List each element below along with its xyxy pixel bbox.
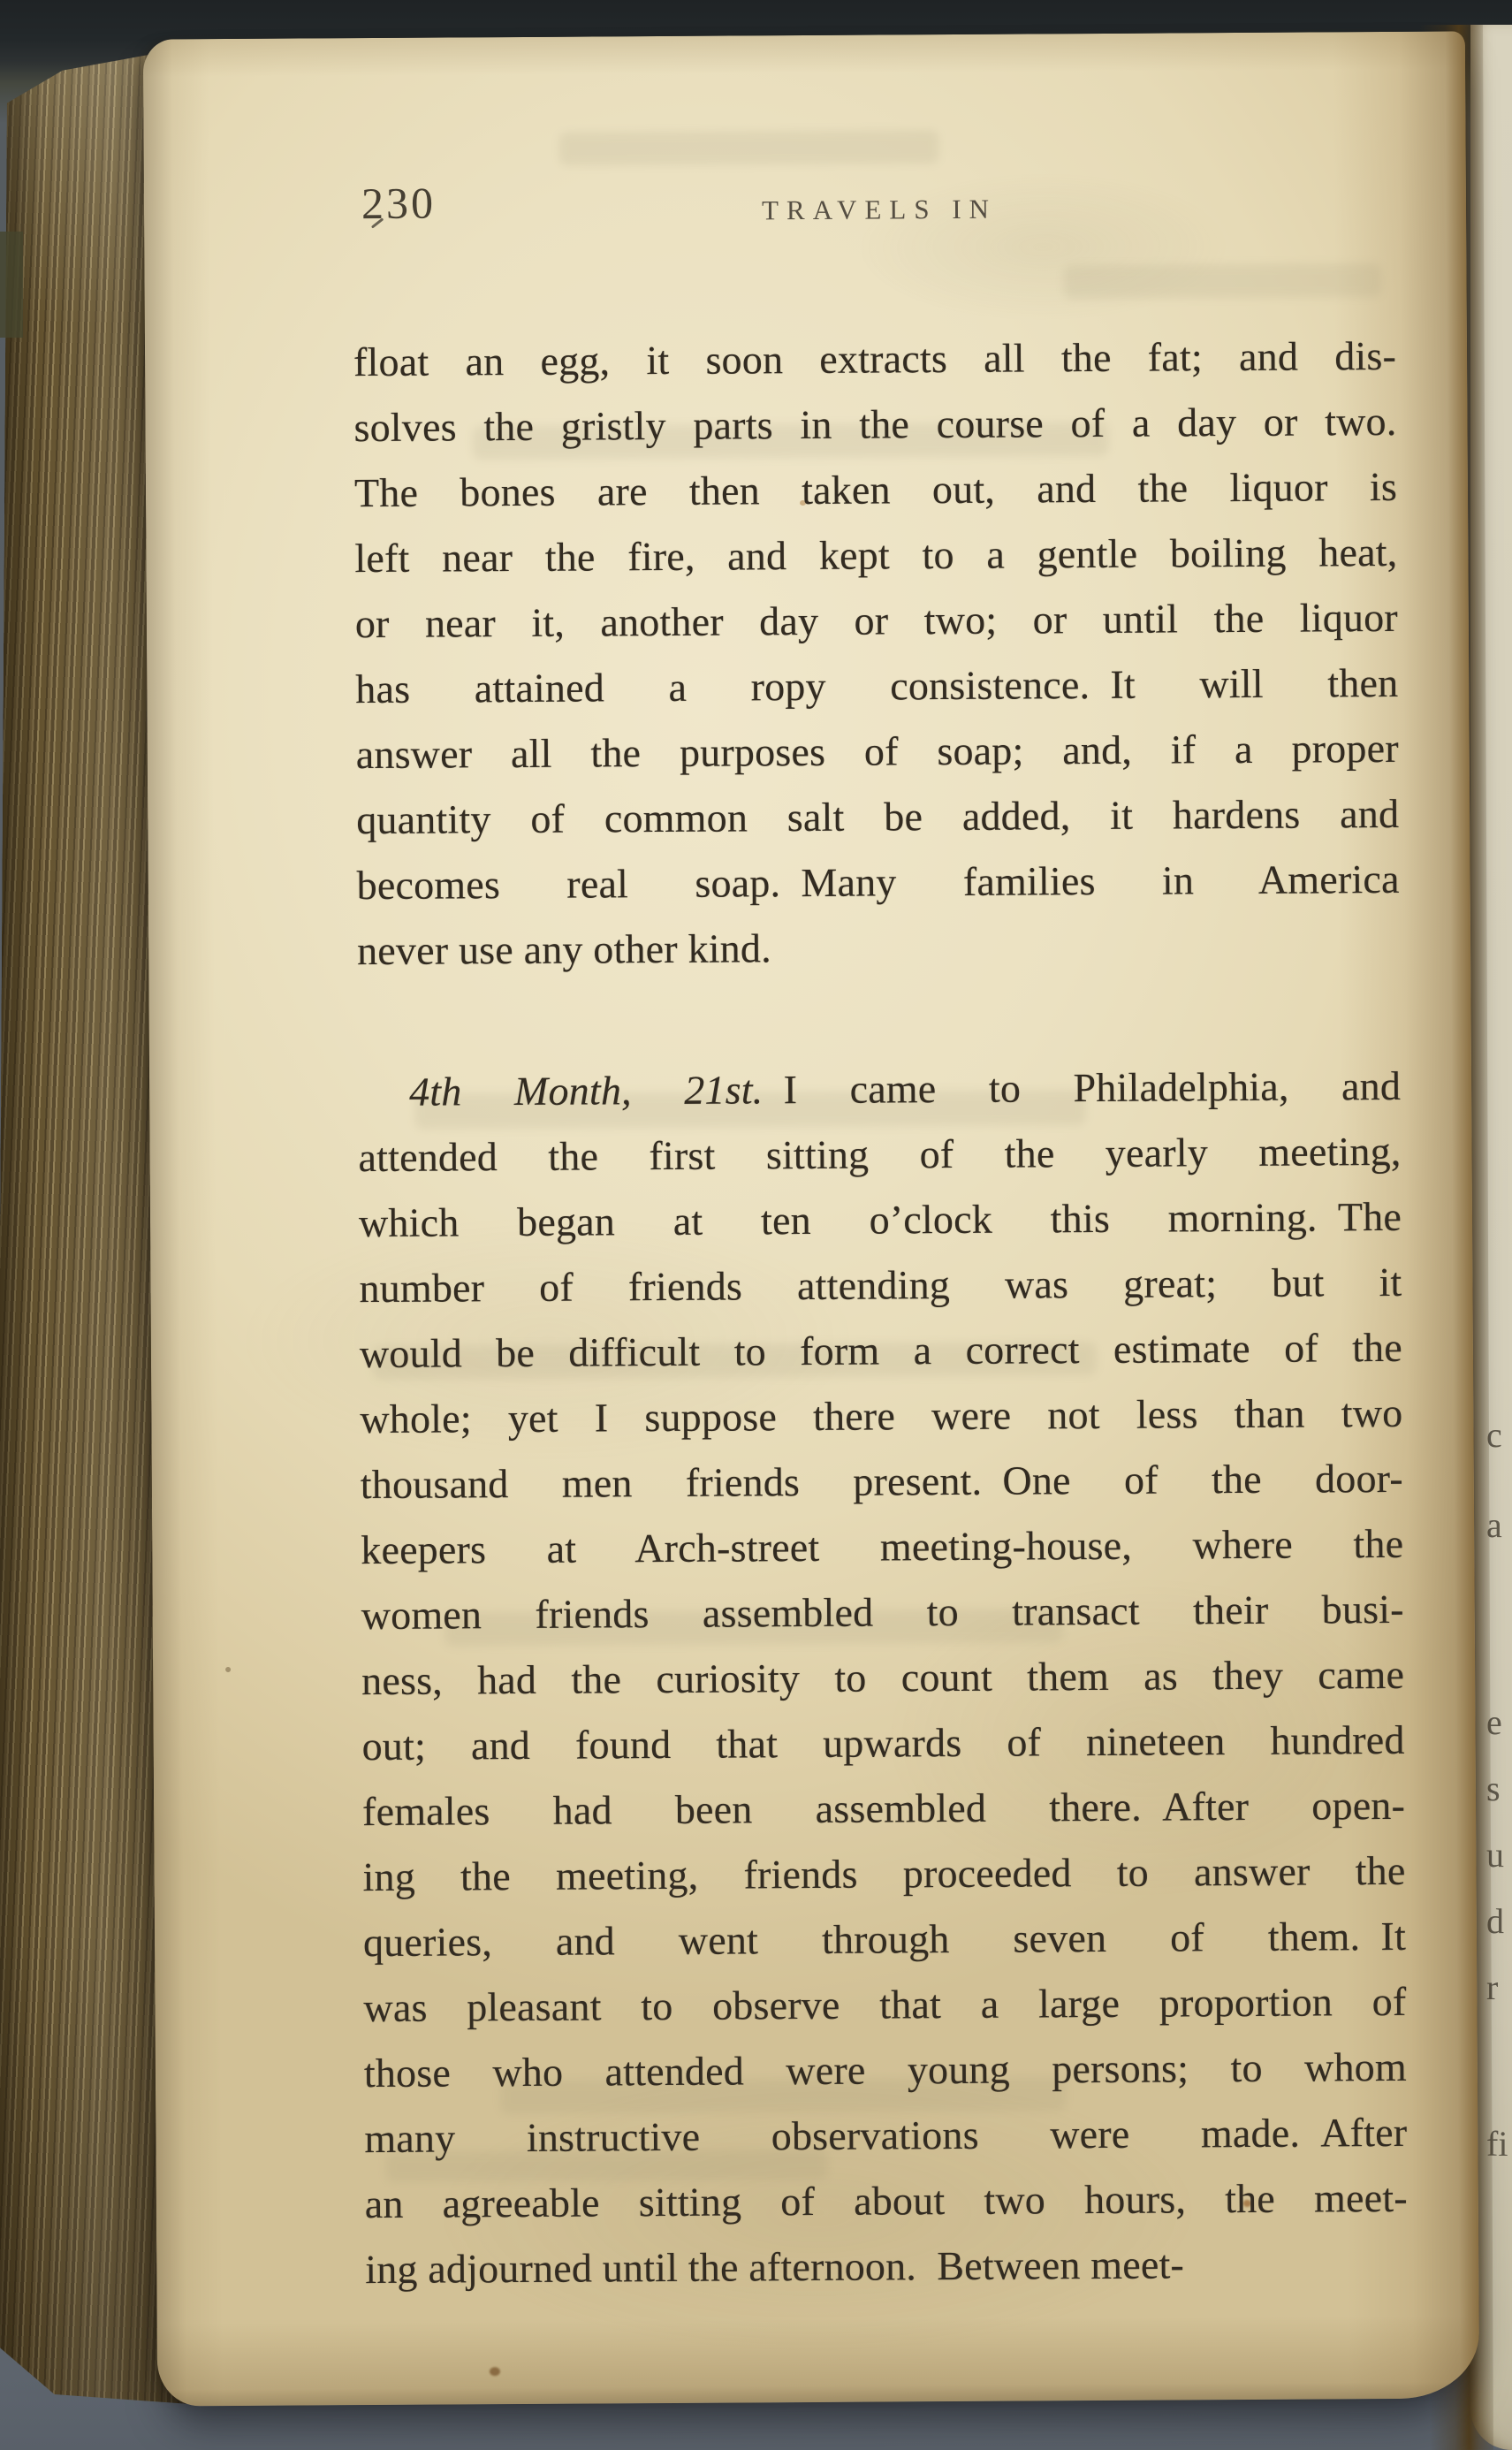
text-line: has attained a ropy consistence. It will…: [355, 651, 1398, 722]
book-page: 230 TRAVELS IN float an egg, it soon ext…: [143, 31, 1479, 2406]
show-through-ghost: [1063, 263, 1381, 299]
text-line: float an egg, it soon extracts all the f…: [353, 323, 1396, 395]
text-line: solves the gristly parts in the course o…: [353, 389, 1396, 460]
text-line: keepers at Arch-street meeting-house, wh…: [361, 1511, 1403, 1583]
text-line: becomes real soap. Many families in Amer…: [356, 847, 1399, 918]
text-line: ing the meeting, friends proceeded to an…: [362, 1838, 1405, 1910]
text-line: never use any other kind.: [357, 912, 1400, 984]
date-heading-italic: 4th Month, 21st.: [409, 1067, 764, 1114]
text-line: which began at ten o’clock this morning.…: [359, 1184, 1402, 1256]
text-line: queries, and went through seven of them.…: [363, 1904, 1406, 1975]
running-header: TRAVELS IN: [667, 193, 1091, 227]
text-line: quantity of common salt be added, it har…: [356, 781, 1399, 853]
text-line: out; and found that upwards of nineteen …: [361, 1708, 1404, 1779]
text-line: number of friends attending was great; b…: [359, 1250, 1402, 1321]
text-line: was pleasant to observe that a large pro…: [363, 1969, 1406, 2041]
text-line: many instructive observations were made.…: [364, 2100, 1407, 2172]
text-line: females had been assembled there. After …: [362, 1773, 1405, 1845]
show-through-ghost: [558, 130, 938, 166]
paper-speck: [225, 1667, 231, 1672]
page-number: 230: [361, 177, 476, 229]
text-line: women friends assembled to transact thei…: [361, 1577, 1404, 1648]
body-text: float an egg, it soon extracts all the f…: [353, 323, 1409, 2302]
text-line: those who attended were young persons; t…: [364, 2035, 1407, 2106]
text-line: ing adjourned until the afternoon. Betwe…: [365, 2231, 1408, 2302]
text-line: 4th Month, 21st. I came to Philadelphia,…: [358, 1054, 1401, 1125]
text-line: whole; yet I suppose there were not less…: [360, 1381, 1402, 1452]
text-line-rest: I came to Philadelphia, and: [763, 1063, 1401, 1112]
text-line: an agreeable sitting of about two hours,…: [365, 2165, 1408, 2237]
text-line: left near the fire, and kept to a gentle…: [354, 520, 1397, 591]
text-line: ness, had the curiosity to count them as…: [361, 1642, 1404, 1714]
text-line: answer all the purposes of soap; and, if…: [356, 716, 1399, 787]
paper-speck: [490, 2367, 500, 2376]
book-cover-sliver: [0, 232, 23, 338]
text-line: The bones are then taken out, and the li…: [354, 454, 1397, 526]
text-line: would be difficult to form a correct est…: [360, 1315, 1402, 1387]
text-line: attended the first sitting of the yearly…: [358, 1119, 1401, 1191]
text-line: or near it, another day or two; or until…: [355, 585, 1398, 657]
book-photo-scan: caesudrfi 230 TRAVELS IN float an egg, i…: [0, 0, 1512, 2450]
text-line: thousand men friends present. One of the…: [361, 1446, 1403, 1518]
